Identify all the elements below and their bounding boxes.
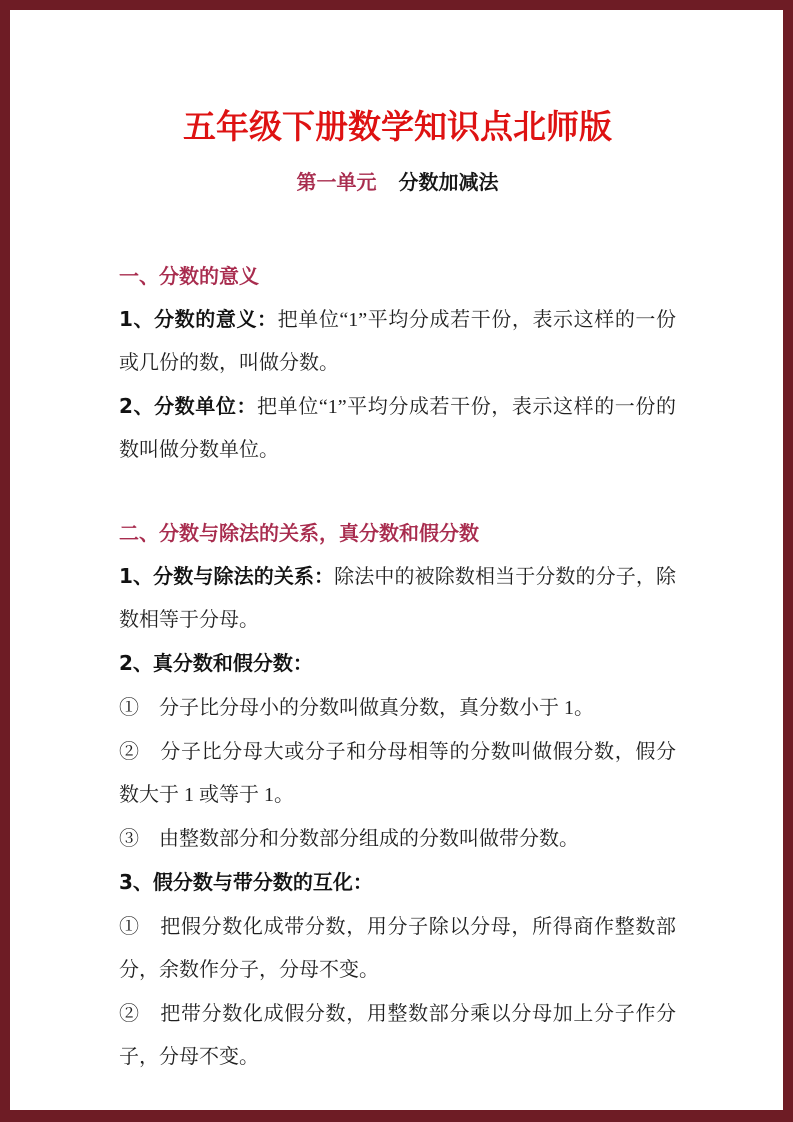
paragraph-text: ② 分子比分母大或分子和分母相等的分数叫做假分数，假分数大于 1 或等于 1。 — [119, 741, 676, 806]
paragraph-text: ② 把带分数化成假分数，用整数部分乘以分母加上分子作分子，分母不变。 — [119, 1003, 676, 1068]
paragraph: 3、假分数与带分数的互化： — [119, 861, 676, 905]
unit-subtitle: 第一单元分数加减法 — [119, 170, 676, 195]
paragraph: 2、分数单位：把单位“1”平均分成若干份，表示这样的一份的数叫做分数单位。 — [119, 385, 676, 472]
paragraph-text: ① 把假分数化成带分数，用分子除以分母，所得商作整数部分，余数作分子，分母不变。 — [119, 916, 676, 981]
paragraph-text: ① 分子比分母小的分数叫做真分数，真分数小于 1。 — [119, 697, 594, 719]
list-item: ③ 由整数部分和分数部分组成的分数叫做带分数。 — [119, 817, 676, 861]
list-item: ② 把带分数化成假分数，用整数部分乘以分母加上分子作分子，分母不变。 — [119, 992, 676, 1079]
paragraph: 1、分数与除法的关系：除法中的被除数相当于分数的分子，除数相等于分母。 — [119, 555, 676, 642]
paragraph-label: 1、分数与除法的关系： — [119, 564, 334, 588]
document-title: 五年级下册数学知识点北师版 — [119, 106, 676, 148]
paragraph-text: ③ 由整数部分和分数部分组成的分数叫做带分数。 — [119, 828, 579, 850]
list-item: ② 分子比分母大或分子和分母相等的分数叫做假分数，假分数大于 1 或等于 1。 — [119, 730, 676, 817]
section-heading: 二、分数与除法的关系，真分数和假分数 — [119, 512, 676, 555]
paragraph: 2、真分数和假分数： — [119, 642, 676, 686]
unit-name: 分数加减法 — [399, 172, 499, 194]
section-heading: 一、分数的意义 — [119, 255, 676, 298]
document-page: 五年级下册数学知识点北师版 第一单元分数加减法 一、分数的意义 1、分数的意义：… — [0, 0, 793, 1122]
paragraph-label: 2、真分数和假分数： — [119, 651, 313, 675]
section-fraction-meaning: 一、分数的意义 1、分数的意义：把单位“1”平均分成若干份，表示这样的一份或几份… — [119, 255, 676, 472]
section-fraction-division: 二、分数与除法的关系，真分数和假分数 1、分数与除法的关系：除法中的被除数相当于… — [119, 512, 676, 1079]
paragraph-label: 2、分数单位： — [119, 394, 257, 418]
paragraph-label: 1、分数的意义： — [119, 307, 278, 331]
paragraph-label: 3、假分数与带分数的互化： — [119, 870, 373, 894]
paragraph: 1、分数的意义：把单位“1”平均分成若干份，表示这样的一份或几份的数，叫做分数。 — [119, 298, 676, 385]
list-item: ① 把假分数化成带分数，用分子除以分母，所得商作整数部分，余数作分子，分母不变。 — [119, 905, 676, 992]
document-body: 五年级下册数学知识点北师版 第一单元分数加减法 一、分数的意义 1、分数的意义：… — [0, 106, 793, 1079]
unit-label: 第一单元 — [297, 170, 377, 194]
list-item: ① 分子比分母小的分数叫做真分数，真分数小于 1。 — [119, 686, 676, 730]
